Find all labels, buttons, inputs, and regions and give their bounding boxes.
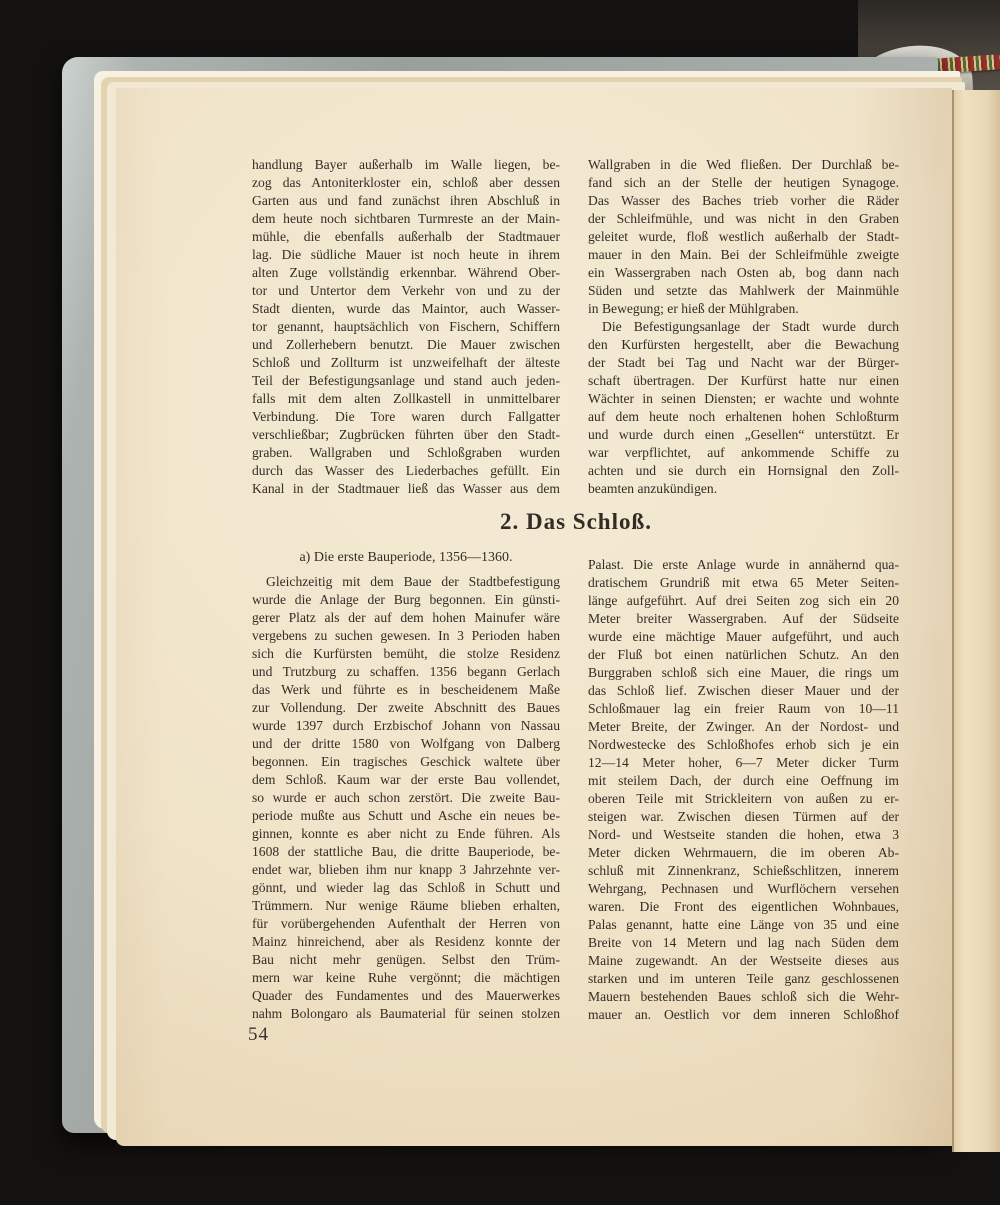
text-line: steigen war. Zwischen diesen Türmen auf …	[588, 808, 899, 826]
text-line: dem Schloß. Kaum war der erste Bau volle…	[252, 771, 560, 789]
paragraph: Gleichzeitig mit dem Baue der Stadtbefes…	[252, 573, 560, 1023]
paragraph: Die Befestigungsanlage der Stadt wurde d…	[588, 318, 899, 498]
text-line: gerer Platz als der auf dem hohen Mainuf…	[252, 609, 560, 627]
text-line: Die Befestigungsanlage der Stadt wurde d…	[588, 318, 899, 336]
text-line: periode mußte aus Schutt und Asche ein n…	[252, 807, 560, 825]
text-line: graben. Wallgraben und Schloßgraben wurd…	[252, 444, 560, 462]
text-line: der Fluß bot einen natürlichen Schutz. A…	[588, 646, 899, 664]
text-line: wurde die Anlage der Burg begonnen. Ein …	[252, 591, 560, 609]
text-line: Maine zugewandt. An der Westseite dieses…	[588, 952, 899, 970]
text-line: zog das Antoniterkloster ein, schloß abe…	[252, 174, 560, 192]
text-line: Breite von 14 Metern und lag nach Süden …	[588, 934, 899, 952]
text-line: oberen Teile mit Strickleitern von außen…	[588, 790, 899, 808]
text-line: für vorübergehenden Aufenthalt der Herre…	[252, 915, 560, 933]
text-line: das Werk und führte es in bescheidenem M…	[252, 681, 560, 699]
text-line: beamten anzukündigen.	[588, 480, 899, 498]
column-left-lower: a) Die erste Bauperiode, 1356—1360.Gleic…	[252, 549, 560, 1023]
text-line: alten Zuge vollständig erkennbar. Währen…	[252, 264, 560, 282]
text-line: Meter breiter Wassergraben. Auf der Süds…	[588, 610, 899, 628]
text-line: fand sich an der Stelle der heutigen Syn…	[588, 174, 899, 192]
text-line: Stadt dienten, wurde das Maintor, auch W…	[252, 300, 560, 318]
column-right-lower: Palast. Die erste Anlage wurde in annähe…	[588, 556, 899, 1024]
text-line: Das Wasser des Baches trieb vorher die R…	[588, 192, 899, 210]
text-line: Gleichzeitig mit dem Baue der Stadtbefes…	[252, 573, 560, 591]
text-line: Bau nicht mehr genügen. Selbst den Trüm-	[252, 951, 560, 969]
text-line: endet war, blieben ihm nur knapp 3 Jahrz…	[252, 861, 560, 879]
adjacent-page-gutter	[952, 90, 1000, 1152]
section-heading: 2. Das Schloß.	[252, 509, 900, 535]
paragraph: Wallgraben in die Wed fließen. Der Durch…	[588, 156, 899, 318]
text-line: waren. Die Front des eigentlichen Wohnba…	[588, 898, 899, 916]
text-line: mit steilem Dach, der durch eine Oeffnun…	[588, 772, 899, 790]
text-line: der Schleifmühle, und was nicht in den G…	[588, 210, 899, 228]
text-line: den Kurfürsten hergestellt, aber die Bew…	[588, 336, 899, 354]
text-line: Schloßmauer lag ein freier Raum von 10—1…	[588, 700, 899, 718]
text-line: auf dem heute noch erhaltenen hohen Schl…	[588, 408, 899, 426]
text-line: Palas genannt, hatte eine Länge von 35 u…	[588, 916, 899, 934]
text-line: schluß mit Zinnenkranz, Schießschlitzen,…	[588, 862, 899, 880]
text-line: dem heute noch sichtbaren Turmreste an d…	[252, 210, 560, 228]
text-line: war verpflichtet, auf ankommende Schiffe…	[588, 444, 899, 462]
text-line: Palast. Die erste Anlage wurde in annähe…	[588, 556, 899, 574]
text-line: Burggraben schloß sich eine Mauer, die r…	[588, 664, 899, 682]
text-line: und der dritte 1580 von Wolfgang von Dal…	[252, 735, 560, 753]
section-subheading: a) Die erste Bauperiode, 1356—1360.	[252, 549, 560, 567]
text-line: wurde 1397 durch Erzbischof Johann von N…	[252, 717, 560, 735]
text-line: dratischem Grundriß mit etwa 65 Meter Se…	[588, 574, 899, 592]
text-line: Kanal in der Stadtmauer ließ das Wasser …	[252, 480, 560, 498]
text-line: Quader des Fundamentes und des Mauerwerk…	[252, 987, 560, 1005]
paragraph: Palast. Die erste Anlage wurde in annähe…	[588, 556, 899, 1024]
text-line: mauer in den Main. Bei der Schleifmühle …	[588, 246, 899, 264]
text-line: verschließbar; Zugbrücken führten über d…	[252, 426, 560, 444]
text-line: gönnt, und wieder lag das Schloß in Schu…	[252, 879, 560, 897]
text-line: Nordwestecke des Schloßhofes erhob sich …	[588, 736, 899, 754]
text-line: und wurde durch einen „Gesellen“ unterst…	[588, 426, 899, 444]
text-line: 1608 der stattliche Bau, die dritte Baup…	[252, 843, 560, 861]
text-line: Nord- und Westseite standen die hohen, e…	[588, 826, 899, 844]
text-line: 12—14 Meter hoher, 6—7 Meter dicker Turm	[588, 754, 899, 772]
paragraph: handlung Bayer außerhalb im Walle liegen…	[252, 156, 560, 498]
text-line: tor genannt, hauptsächlich von Fischern,…	[252, 318, 560, 336]
text-line: ein Wassergraben nach Osten ab, bog dann…	[588, 264, 899, 282]
text-line: geleitet wurde, floß westlich außerhalb …	[588, 228, 899, 246]
text-line: mühle, die ebenfalls außerhalb der Stadt…	[252, 228, 560, 246]
text-line: Süden und setzte das Mahlwerk der Mainmü…	[588, 282, 899, 300]
text-line: Meter dicken Wehrmauern, die im oberen A…	[588, 844, 899, 862]
text-line: starken und im unteren Teile ganz geschl…	[588, 970, 899, 988]
text-line: lag. Die südliche Mauer ist noch heute i…	[252, 246, 560, 264]
text-line: der Stadt bei Tag und Nacht war der Bürg…	[588, 354, 899, 372]
book-photograph: { "page": { "number": "54", "heading": "…	[0, 0, 1000, 1205]
text-line: Wallgraben in die Wed fließen. Der Durch…	[588, 156, 899, 174]
text-line: in Bewegung; er hieß der Mühlgraben.	[588, 300, 899, 318]
text-line: vergebens zu suchen gewesen. In 3 Period…	[252, 627, 560, 645]
column-right-upper: Wallgraben in die Wed fließen. Der Durch…	[588, 156, 899, 498]
text-line: zur Vollendung. Der zweite Abschnitt des…	[252, 699, 560, 717]
text-line: Garten aus und fand zunächst ihren Absch…	[252, 192, 560, 210]
text-line: wurde eine mächtige Mauer aufgeführt, un…	[588, 628, 899, 646]
text-line: durch das Wasser des Liederbaches gefüll…	[252, 462, 560, 480]
text-line: Meter Breite, der Zwinger. An der Nordos…	[588, 718, 899, 736]
text-line: achten und sie durch ein Hornsignal den …	[588, 462, 899, 480]
text-line: Schloß und Zollturm ist unzweifelhaft de…	[252, 354, 560, 372]
text-line: so wurde er auch schon zerstört. Die zwe…	[252, 789, 560, 807]
text-line: das Schloß lief. Zwischen dieser Mauer u…	[588, 682, 899, 700]
text-line: ginnen, konnte es aber nicht zu Ende füh…	[252, 825, 560, 843]
text-line: schaft übertragen. Der Kurfürst hatte nu…	[588, 372, 899, 390]
text-line: begonnen. Ein tragisches Geschick waltet…	[252, 753, 560, 771]
text-line: Mainz hinreichend, aber als Residenz kon…	[252, 933, 560, 951]
text-line: und Zollerhebern benutzt. Die Mauer zwis…	[252, 336, 560, 354]
text-line: Wächter in seinen Diensten; er wachte un…	[588, 390, 899, 408]
column-left-upper: handlung Bayer außerhalb im Walle liegen…	[252, 156, 560, 498]
text-line: Wehrgang, Pechnasen und Wurflöchern vers…	[588, 880, 899, 898]
text-line: falls mit dem alten Zollkastell in unmit…	[252, 390, 560, 408]
text-line: nahm Bolongaro als Baumaterial für seine…	[252, 1005, 560, 1023]
page-number: 54	[248, 1024, 269, 1046]
text-line: sich die Kurfürsten bemüht, die stolze R…	[252, 645, 560, 663]
text-line: länge aufgeführt. Auf drei Seiten zog si…	[588, 592, 899, 610]
text-line: Trümmern. Nur wenige Räume blieben erhal…	[252, 897, 560, 915]
text-line: tor und Untertor dem Verkehr von und zu …	[252, 282, 560, 300]
text-line: und Trutzburg zu schaffen. 1356 begann G…	[252, 663, 560, 681]
text-line: mern war keine Ruhe vergönnt; die mächti…	[252, 969, 560, 987]
text-line: Mauern bestehenden Baues schloß sich die…	[588, 988, 899, 1006]
text-line: handlung Bayer außerhalb im Walle liegen…	[252, 156, 560, 174]
text-line: Teil der Befestigungsanlage und stand au…	[252, 372, 560, 390]
text-line: mauer an. Oestlich vor dem inneren Schlo…	[588, 1006, 899, 1024]
text-line: Verbindung. Die Tore waren durch Fallgat…	[252, 408, 560, 426]
